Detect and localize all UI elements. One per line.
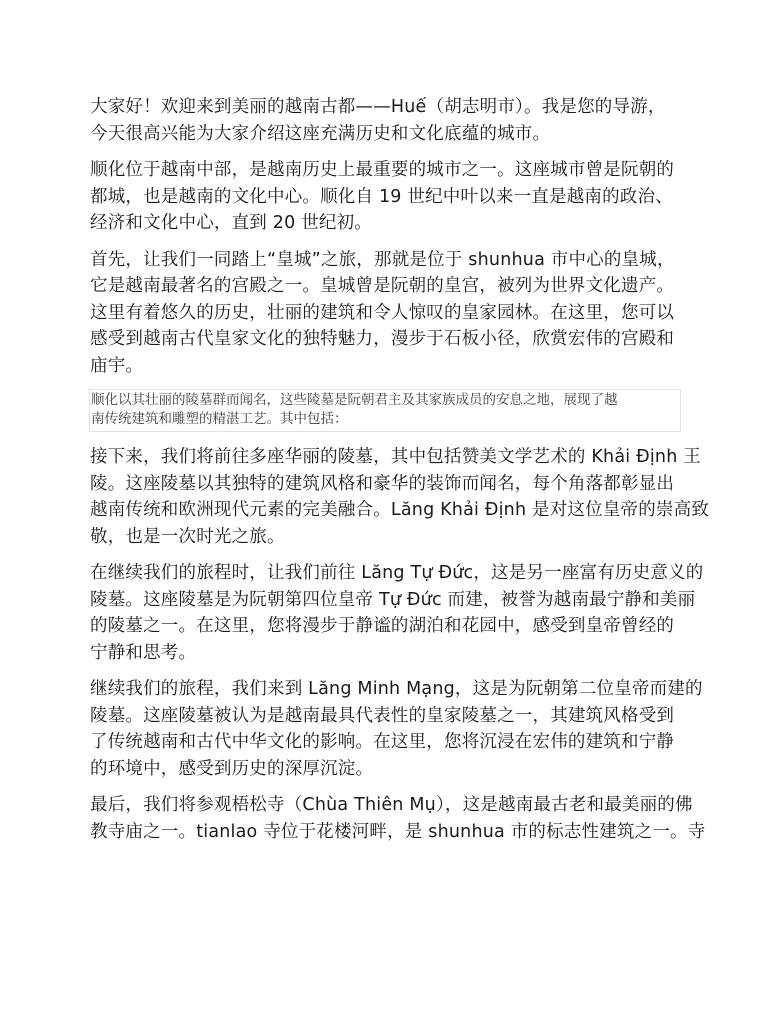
paragraph-hue-intro: 顺化位于越南中部，是越南历史上最重要的城市之一。这座城市曾是阮朝的 都城，也是越… — [90, 157, 690, 237]
text-line: 继续我们的旅程，我们来到 Lăng Minh Mạng，这是为阮朝第二位皇帝而建… — [90, 676, 690, 703]
document-page: 大家好！欢迎来到美丽的越南古都——Huế（胡志明市）。我是您的导游， 今天很高兴… — [90, 94, 690, 855]
paragraph-tu-duc: 在继续我们的旅程时，让我们前往 Lăng Tự Đức，这是另一座富有历史意义的… — [90, 560, 690, 666]
text-line: 越南传统和欧洲现代元素的完美融合。Lăng Khải Định 是对这位皇帝的崇… — [90, 497, 690, 524]
text-line: 都城，也是越南的文化中心。顺化自 19 世纪中叶以来一直是越南的政治、 — [90, 184, 690, 211]
text-line: 这里有着悠久的历史，壮丽的建筑和令人惊叹的皇家园林。在这里，您可以 — [90, 300, 690, 327]
text-line: 陵墓。这座陵墓被认为是越南最具代表性的皇家陵墓之一，其建筑风格受到 — [90, 703, 690, 730]
paragraph-welcome: 大家好！欢迎来到美丽的越南古都——Huế（胡志明市）。我是您的导游， 今天很高兴… — [90, 94, 690, 147]
text-line: 感受到越南古代皇家文化的独特魅力，漫步于石板小径，欣赏宏伟的宫殿和 — [90, 326, 690, 353]
text-line: 庙宇。 — [90, 353, 690, 380]
text-line: 接下来，我们将前往多座华丽的陵墓，其中包括赞美文学艺术的 Khải Định 王 — [90, 444, 690, 471]
text-line: 今天很高兴能为大家介绍这座充满历史和文化底蕴的城市。 — [90, 121, 690, 148]
text-line: 在继续我们的旅程时，让我们前往 Lăng Tự Đức，这是另一座富有历史意义的 — [90, 560, 690, 587]
quote-line: 顺化以其壮丽的陵墓群而闻名，这些陵墓是阮朝君主及其家族成员的安息之地，展现了越 — [91, 391, 680, 410]
text-line: 的陵墓之一。在这里，您将漫步于静谧的湖泊和花园中，感受到皇帝曾经的 — [90, 613, 690, 640]
text-line: 顺化位于越南中部，是越南历史上最重要的城市之一。这座城市曾是阮朝的 — [90, 157, 690, 184]
text-line: 了传统越南和古代中华文化的影响。在这里，您将沉浸在宏伟的建筑和宁静 — [90, 729, 690, 756]
text-line: 经济和文化中心，直到 20 世纪初。 — [90, 210, 690, 237]
text-line: 宁静和思考。 — [90, 640, 690, 667]
text-line: 大家好！欢迎来到美丽的越南古都——Huế（胡志明市）。我是您的导游， — [90, 94, 690, 121]
text-line: 陵墓。这座陵墓是为阮朝第四位皇帝 Tự Đức 而建，被誉为越南最宁静和美丽 — [90, 587, 690, 614]
paragraph-khai-dinh: 接下来，我们将前往多座华丽的陵墓，其中包括赞美文学艺术的 Khải Định 王… — [90, 444, 690, 550]
quote-box-tombs: 顺化以其壮丽的陵墓群而闻名，这些陵墓是阮朝君主及其家族成员的安息之地，展现了越 … — [89, 389, 681, 432]
text-line: 陵。这座陵墓以其独特的建筑风格和豪华的装饰而闻名，每个角落都彰显出 — [90, 471, 690, 498]
text-line: 教寺庙之一。tianlao 寺位于花楼河畔，是 shunhua 市的标志性建筑之… — [90, 819, 690, 846]
quote-line: 南传统建筑和雕塑的精湛工艺。其中包括： — [91, 410, 680, 429]
paragraph-imperial-city: 首先，让我们一同踏上“皇城”之旅，那就是位于 shunhua 市中心的皇城， 它… — [90, 247, 690, 380]
text-line: 首先，让我们一同踏上“皇城”之旅，那就是位于 shunhua 市中心的皇城， — [90, 247, 690, 274]
text-line: 的环境中，感受到历史的深厚沉淀。 — [90, 756, 690, 783]
text-line: 最后，我们将参观梧松寺（Chùa Thiên Mụ），这是越南最古老和最美丽的佛 — [90, 792, 690, 819]
text-line: 它是越南最著名的宫殿之一。皇城曾是阮朝的皇宫，被列为世界文化遗产。 — [90, 273, 690, 300]
paragraph-thien-mu: 最后，我们将参观梧松寺（Chùa Thiên Mụ），这是越南最古老和最美丽的佛… — [90, 792, 690, 845]
paragraph-minh-mang: 继续我们的旅程，我们来到 Lăng Minh Mạng，这是为阮朝第二位皇帝而建… — [90, 676, 690, 782]
text-line: 敬，也是一次时光之旅。 — [90, 524, 690, 551]
